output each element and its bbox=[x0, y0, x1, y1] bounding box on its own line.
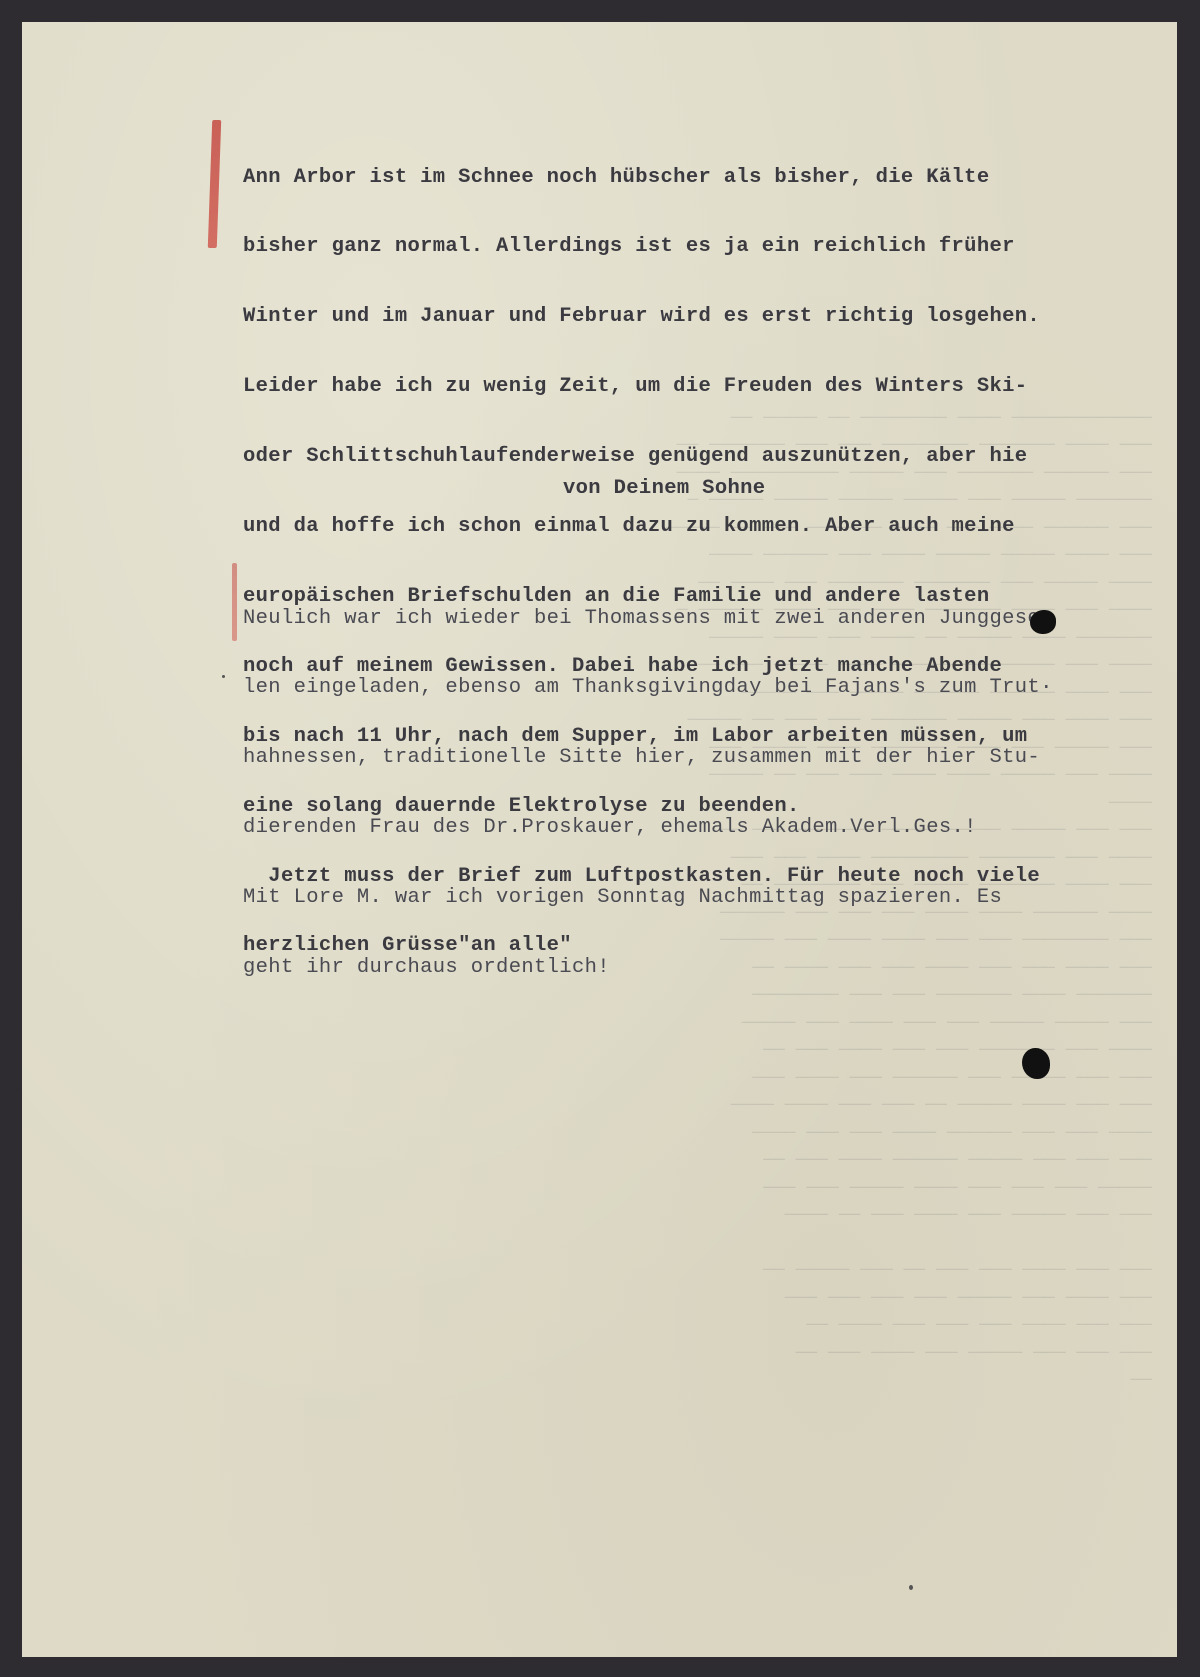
letter-paragraph-2: Neulich war ich wieder bei Thomassens mi… bbox=[243, 560, 1053, 1026]
text-line: bisher ganz normal. Allerdings ist es ja… bbox=[243, 235, 1040, 258]
text-line: Winter und im Januar und Februar wird es… bbox=[243, 305, 1040, 328]
red-pencil-mark-top bbox=[208, 120, 221, 248]
ink-blot bbox=[1022, 1048, 1050, 1079]
text-line: hahnessen, traditionelle Sitte hier, zus… bbox=[243, 746, 1053, 769]
letter-page: ————————————— ———— ———————— —— ————— —— … bbox=[22, 22, 1177, 1657]
text-line: Leider habe ich zu wenig Zeit, um die Fr… bbox=[243, 375, 1040, 398]
text-line: Neulich war ich wieder bei Thomassens mi… bbox=[243, 607, 1053, 630]
text-line: len eingeladen, ebenso am Thanksgivingda… bbox=[243, 676, 1053, 699]
stray-mark bbox=[909, 1585, 913, 1590]
signature: von Deinem Sohne bbox=[563, 430, 765, 546]
text-line: geht ihr durchaus ordentlich! bbox=[243, 956, 1053, 979]
stray-mark bbox=[222, 675, 225, 678]
signature-text: von Deinem Sohne bbox=[563, 477, 765, 500]
text-line: Ann Arbor ist im Schnee noch hübscher al… bbox=[243, 166, 1040, 189]
red-pencil-mark-second bbox=[232, 563, 237, 641]
text-line: dierenden Frau des Dr.Proskauer, ehemals… bbox=[243, 816, 1053, 839]
text-line: Mit Lore M. war ich vorigen Sonntag Nach… bbox=[243, 886, 1053, 909]
ink-blot bbox=[1030, 610, 1056, 634]
